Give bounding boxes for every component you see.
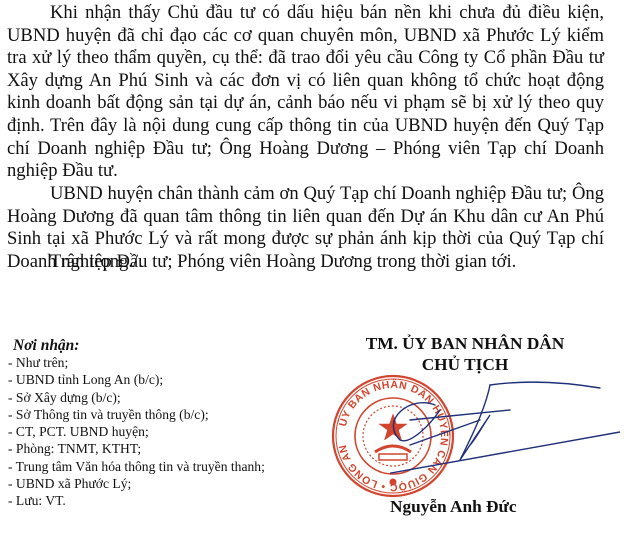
closing-text: Trân trọng./. — [50, 251, 143, 273]
signature-header: TM. ỦY BAN NHÂN DÂN CHỦ TỊCH — [345, 333, 585, 375]
recipient-item: - UBND xã Phước Lý; — [8, 475, 328, 492]
paragraph-text: Trên đây là nội dung cung cấp thông tin … — [7, 115, 604, 181]
recipient-item: - UBND tỉnh Long An (b/c); — [8, 371, 328, 388]
handwritten-signature-icon: - — [390, 380, 620, 480]
recipient-item: - Sở Thông tin và truyền thông (b/c); — [8, 406, 328, 423]
signer-name: Nguyễn Anh Đức — [390, 497, 517, 517]
recipient-item: - Lưu: VT. — [8, 492, 328, 509]
recipient-item: - Phòng: TNMT, KTHT; — [8, 440, 328, 457]
recipients-block: Nơi nhận: - Như trên; - UBND tỉnh Long A… — [8, 337, 328, 510]
recipient-item: - Trung tâm Văn hóa thông tin và truyền … — [8, 458, 328, 475]
signing-organization: TM. ỦY BAN NHÂN DÂN — [345, 333, 585, 354]
recipient-item: - Như trên; — [8, 354, 328, 371]
recipient-item: - CT, PCT. UBND huyện; — [8, 423, 328, 440]
signing-role: CHỦ TỊCH — [345, 354, 585, 375]
paragraph-summary: Trên đây là nội dung cung cấp thông tin … — [7, 115, 604, 183]
recipient-item: - Sở Xây dựng (b/c); — [8, 389, 328, 406]
recipients-title: Nơi nhận: — [13, 337, 328, 354]
recipients-list: - Như trên; - UBND tỉnh Long An (b/c); -… — [8, 354, 328, 510]
